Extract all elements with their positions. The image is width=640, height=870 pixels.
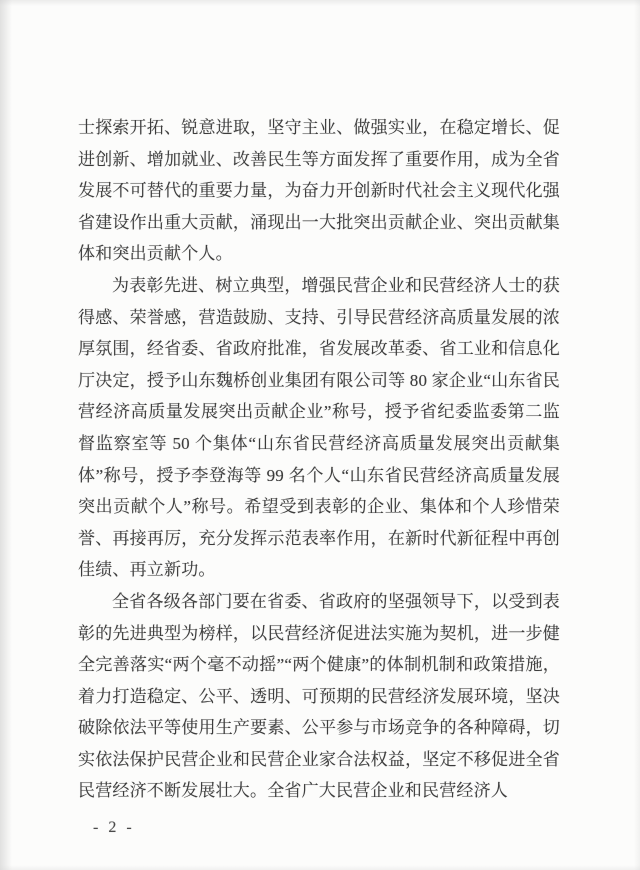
document-page: 士探索开拓、锐意进取，坚守主业、做强实业，在稳定增长、促进创新、增加就业、改善民… xyxy=(0,0,640,870)
paragraph: 全省各级各部门要在省委、省政府的坚强领导下，以受到表彰的先进典型为榜样，以民营经… xyxy=(78,586,560,807)
document-body: 士探索开拓、锐意进取，坚守主业、做强实业，在稳定增长、促进创新、增加就业、改善民… xyxy=(78,112,560,807)
scan-edge-right xyxy=(634,0,640,870)
scan-edge-left xyxy=(0,0,12,870)
paragraph: 为表彰先进、树立典型，增强民营企业和民营经济人士的获得感、荣誉感，营造鼓励、支持… xyxy=(78,270,560,586)
scan-edge-bottom xyxy=(0,865,640,870)
page-number-label: - 2 - xyxy=(93,818,135,838)
paragraph: 士探索开拓、锐意进取，坚守主业、做强实业，在稳定增长、促进创新、增加就业、改善民… xyxy=(78,112,560,270)
scan-edge-top xyxy=(0,0,640,6)
